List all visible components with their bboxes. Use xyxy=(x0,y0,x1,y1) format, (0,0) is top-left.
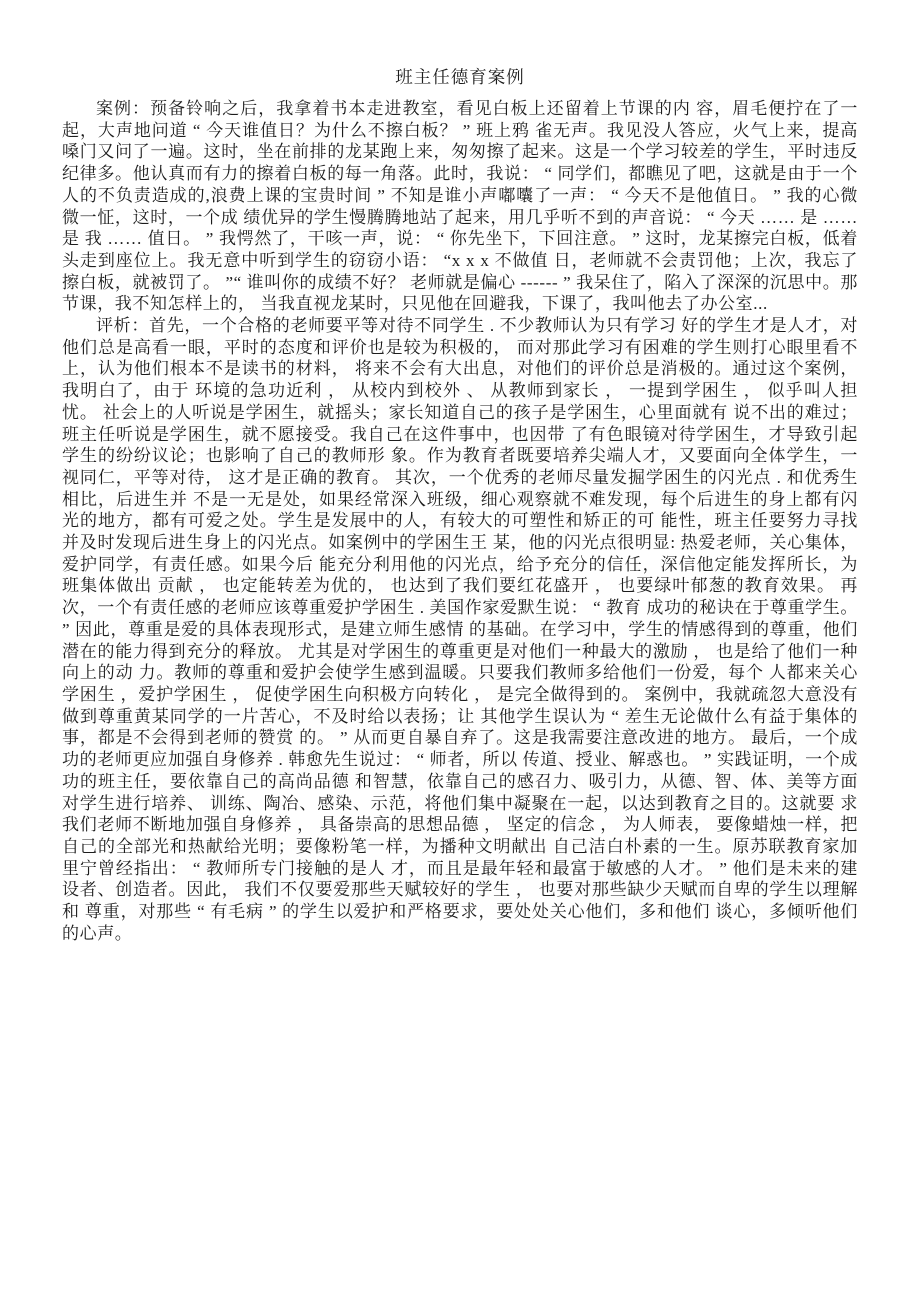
case-paragraph: 案例：预备铃响之后，我拿着书本走进教室，看见白板上还留着上节课的内 容，眉毛便拧… xyxy=(62,98,858,315)
document-page: 班主任德育案例 案例：预备铃响之后，我拿着书本走进教室，看见白板上还留着上节课的… xyxy=(0,0,920,1302)
document-title: 班主任德育案例 xyxy=(62,66,858,88)
analysis-paragraph: 评析：首先，一个合格的老师要平等对待不同学生 . 不少教师认为只有学习 好的学生… xyxy=(62,315,858,944)
